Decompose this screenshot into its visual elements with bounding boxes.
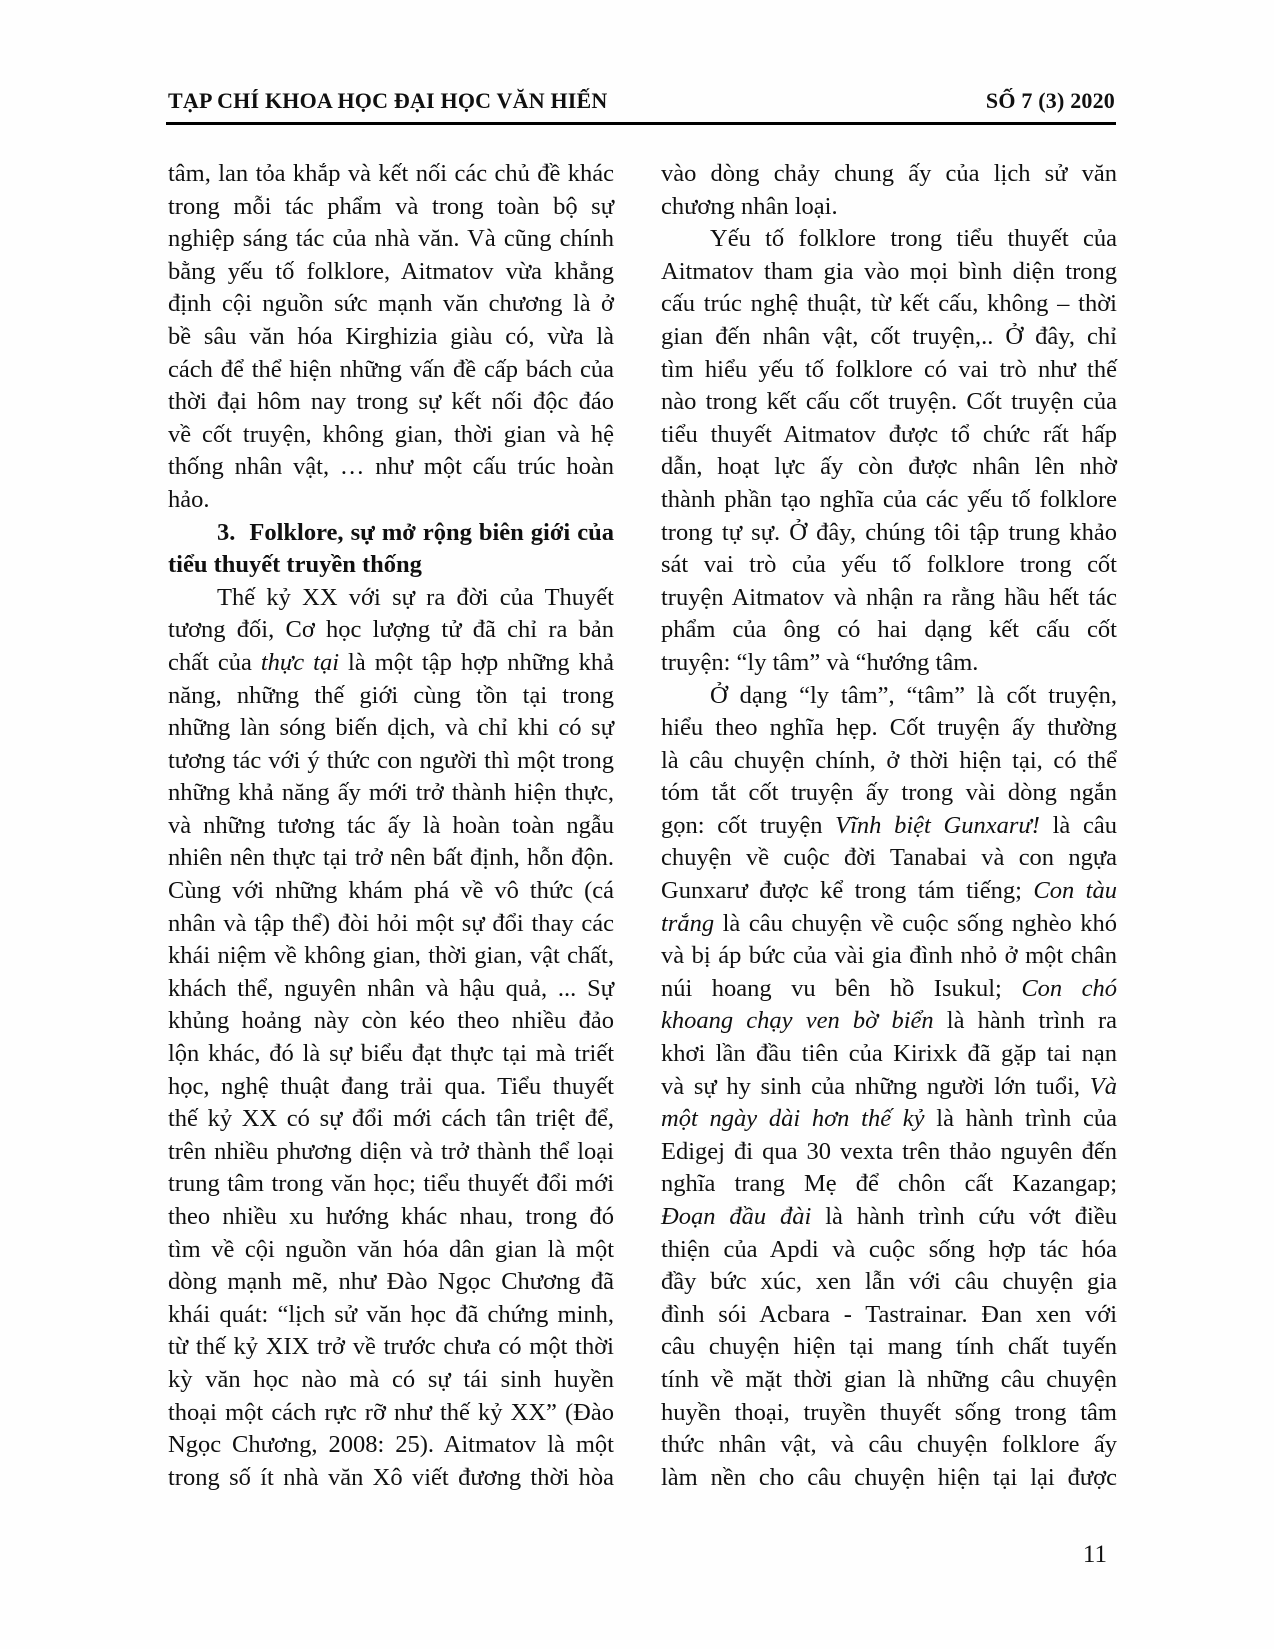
- text-line: bề sâu văn hóa Kirghizia giàu có, vừa là: [168, 321, 614, 354]
- page-number: 11: [1083, 1541, 1107, 1568]
- text-line: thoại một cách rực rỡ như thế kỷ XX” (Đà…: [168, 1397, 614, 1430]
- text-line: truyện: “ly tâm” và “hướng tâm.: [661, 647, 1117, 680]
- text-line: Edigej đi qua 30 vexta trên thảo nguyên …: [661, 1136, 1117, 1169]
- text-line: khoang chạy ven bờ biển là hành trình ra: [661, 1005, 1117, 1038]
- text-line: và sự hy sinh của những người lớn tuổi, …: [661, 1071, 1117, 1104]
- text-line: tóm tắt cốt truyện ấy trong vài dòng ngắ…: [661, 777, 1117, 810]
- text-line: hiểu theo nghĩa hẹp. Cốt truyện ấy thườn…: [661, 712, 1117, 745]
- text-line: sát vai trò của yếu tố folklore trong cố…: [661, 549, 1117, 582]
- text-line: định cội nguồn sức mạnh văn chương là ở: [168, 288, 614, 321]
- text-line: tâm, lan tỏa khắp và kết nối các chủ đề …: [168, 158, 614, 191]
- text-line: trung tâm trong văn học; tiểu thuyết đổi…: [168, 1168, 614, 1201]
- text-line: đầy bức xúc, xen lẫn với câu chuyện gia: [661, 1266, 1117, 1299]
- text-line: trong tự sự. Ở đây, chúng tôi tập trung …: [661, 517, 1117, 550]
- text-line: những khả năng ấy mới trở thành hiện thự…: [168, 777, 614, 810]
- text-line: Thế kỷ XX với sự ra đời của Thuyết: [168, 582, 614, 615]
- text-line: cấu trúc nghệ thuật, từ kết cấu, không –…: [661, 288, 1117, 321]
- text-line: nhân và tập thể) đòi hỏi một sự đổi thay…: [168, 908, 614, 941]
- text-line: nào trong kết cấu cốt truyện. Cốt truyện…: [661, 386, 1117, 419]
- text-line: phẩm của ông có hai dạng kết cấu cốt: [661, 614, 1117, 647]
- text-line: vào dòng chảy chung ấy của lịch sử văn: [661, 158, 1117, 191]
- text-line: tính về mặt thời gian là những câu chuyệ…: [661, 1364, 1117, 1397]
- text-line: Aitmatov tham gia vào mọi bình diện tron…: [661, 256, 1117, 289]
- text-line: cách để thể hiện những vấn đề cấp bách c…: [168, 354, 614, 387]
- text-line: nghĩa trang Mẹ để chôn cất Kazangap;: [661, 1168, 1117, 1201]
- text-line: thống nhân vật, … như một cấu trúc hoàn: [168, 451, 614, 484]
- section-heading-line: tiểu thuyết truyền thống: [168, 549, 614, 582]
- journal-title: TẠP CHÍ KHOA HỌC ĐẠI HỌC VĂN HIẾN: [168, 88, 608, 114]
- header-rule: [166, 122, 1116, 125]
- page-footer: 11: [168, 1541, 1115, 1569]
- text-line: tương đối, Cơ học lượng tử đã chỉ ra bản: [168, 614, 614, 647]
- text-line: theo nhiều xu hướng khác nhau, trong đó: [168, 1201, 614, 1234]
- text-line: thức nhân vật, và câu chuyện folklore ấy: [661, 1429, 1117, 1462]
- text-line: khách thể, nguyên nhân và hậu quả, ... S…: [168, 973, 614, 1006]
- text-line: Gunxarư được kể trong tám tiếng; Con tàu: [661, 875, 1117, 908]
- text-line: thời đại hôm nay trong sự kết nối độc đá…: [168, 386, 614, 419]
- text-line: chuyện về cuộc đời Tanabai và con ngựa: [661, 842, 1117, 875]
- text-line: chương nhân loại.: [661, 191, 1117, 224]
- text-line: thiện của Apdi và cuộc sống hợp tác hóa: [661, 1234, 1117, 1267]
- text-line: dòng mạnh mẽ, như Đào Ngọc Chương đã: [168, 1266, 614, 1299]
- article-body: tâm, lan tỏa khắp và kết nối các chủ đề …: [168, 158, 1117, 1494]
- text-line: năng, những thế giới cùng tồn tại trong: [168, 680, 614, 713]
- text-line: tìm về cội nguồn văn hóa dân gian là một: [168, 1234, 614, 1267]
- text-line: một ngày dài hơn thế kỷ là hành trình củ…: [661, 1103, 1117, 1136]
- text-line: thế kỷ XX có sự đổi mới cách tân triệt đ…: [168, 1103, 614, 1136]
- journal-page: TẠP CHÍ KHOA HỌC ĐẠI HỌC VĂN HIẾN SỐ 7 (…: [0, 0, 1274, 1649]
- text-line: câu chuyện hiện tại mang tính chất tuyến: [661, 1331, 1117, 1364]
- text-line: huyền thoại, truyền thuyết sống trong tâ…: [661, 1397, 1117, 1430]
- text-line: núi hoang vu bên hồ Isukul; Con chó: [661, 973, 1117, 1006]
- text-line: Ở dạng “ly tâm”, “tâm” là cốt truyện,: [661, 680, 1117, 713]
- text-line: lộn khác, đó là sự biểu đạt thực tại mà …: [168, 1038, 614, 1071]
- text-line: khái niệm về không gian, thời gian, vật …: [168, 940, 614, 973]
- text-line: Cùng với những khám phá về vô thức (cá: [168, 875, 614, 908]
- text-line: kỳ văn học nào mà có sự tái sinh huyền: [168, 1364, 614, 1397]
- text-line: gian đến nhân vật, cốt truyện,.. Ở đây, …: [661, 321, 1117, 354]
- issue-number: SỐ 7 (3) 2020: [986, 88, 1115, 114]
- text-line: khái quát: “lịch sử văn học đã chứng min…: [168, 1299, 614, 1332]
- page-header: TẠP CHÍ KHOA HỌC ĐẠI HỌC VĂN HIẾN SỐ 7 (…: [168, 88, 1115, 114]
- text-line: và những tương tác ấy là hoàn toàn ngẫu: [168, 810, 614, 843]
- text-line: từ thế kỷ XIX trở về trước chưa có một t…: [168, 1331, 614, 1364]
- text-line: Yếu tố folklore trong tiểu thuyết của: [661, 223, 1117, 256]
- section-heading-line: 3. Folklore, sự mở rộng biên giới của: [168, 517, 614, 550]
- text-line: tiểu thuyết Aitmatov được tổ chức rất hấ…: [661, 419, 1117, 452]
- text-line: học, nghệ thuật đang trải qua. Tiểu thuy…: [168, 1071, 614, 1104]
- text-line: về cốt truyện, không gian, thời gian và …: [168, 419, 614, 452]
- text-line: hảo.: [168, 484, 614, 517]
- text-line: đình sói Acbara - Tastrainar. Đan xen vớ…: [661, 1299, 1117, 1332]
- text-line: dẫn, hoạt lực ấy còn được nhân lên nhờ: [661, 451, 1117, 484]
- text-line: thành phần tạo nghĩa của các yếu tố folk…: [661, 484, 1117, 517]
- text-line: khơi lần đầu tiên của Kirixk đã gặp tai …: [661, 1038, 1117, 1071]
- text-line: gọn: cốt truyện Vĩnh biệt Gunxarư! là câ…: [661, 810, 1117, 843]
- text-line: tương tác với ý thức con người thì một t…: [168, 745, 614, 778]
- text-line: bằng yếu tố folklore, Aitmatov vừa khẳng: [168, 256, 614, 289]
- text-line: trong mỗi tác phẩm và trong toàn bộ sự: [168, 191, 614, 224]
- text-line: làm nền cho câu chuyện hiện tại lại được: [661, 1462, 1117, 1495]
- text-line: là câu chuyện chính, ở thời hiện tại, có…: [661, 745, 1117, 778]
- text-line: trong số ít nhà văn Xô viết đương thời h…: [168, 1462, 614, 1495]
- left-column: tâm, lan tỏa khắp và kết nối các chủ đề …: [168, 158, 614, 1494]
- text-line: nhiên nên thực tại trở nên bất định, hỗn…: [168, 842, 614, 875]
- text-line: Đoạn đầu đài là hành trình cứu vớt điều: [661, 1201, 1117, 1234]
- text-line: những làn sóng biến dịch, và chỉ khi có …: [168, 712, 614, 745]
- text-line: khủng hoảng này còn kéo theo nhiều đảo: [168, 1005, 614, 1038]
- right-column: vào dòng chảy chung ấy của lịch sử vănch…: [661, 158, 1117, 1494]
- text-line: nghiệp sáng tác của nhà văn. Và cũng chí…: [168, 223, 614, 256]
- text-line: Ngọc Chương, 2008: 25). Aitmatov là một: [168, 1429, 614, 1462]
- text-line: chất của thực tại là một tập hợp những k…: [168, 647, 614, 680]
- text-line: trên nhiều phương diện và trở thành thể …: [168, 1136, 614, 1169]
- text-line: tìm hiểu yếu tố folklore có vai trò như …: [661, 354, 1117, 387]
- text-line: trắng là câu chuyện về cuộc sống nghèo k…: [661, 908, 1117, 941]
- text-line: và bị áp bức của vài gia đình nhỏ ở một …: [661, 940, 1117, 973]
- text-line: truyện Aitmatov và nhận ra rằng hầu hết …: [661, 582, 1117, 615]
